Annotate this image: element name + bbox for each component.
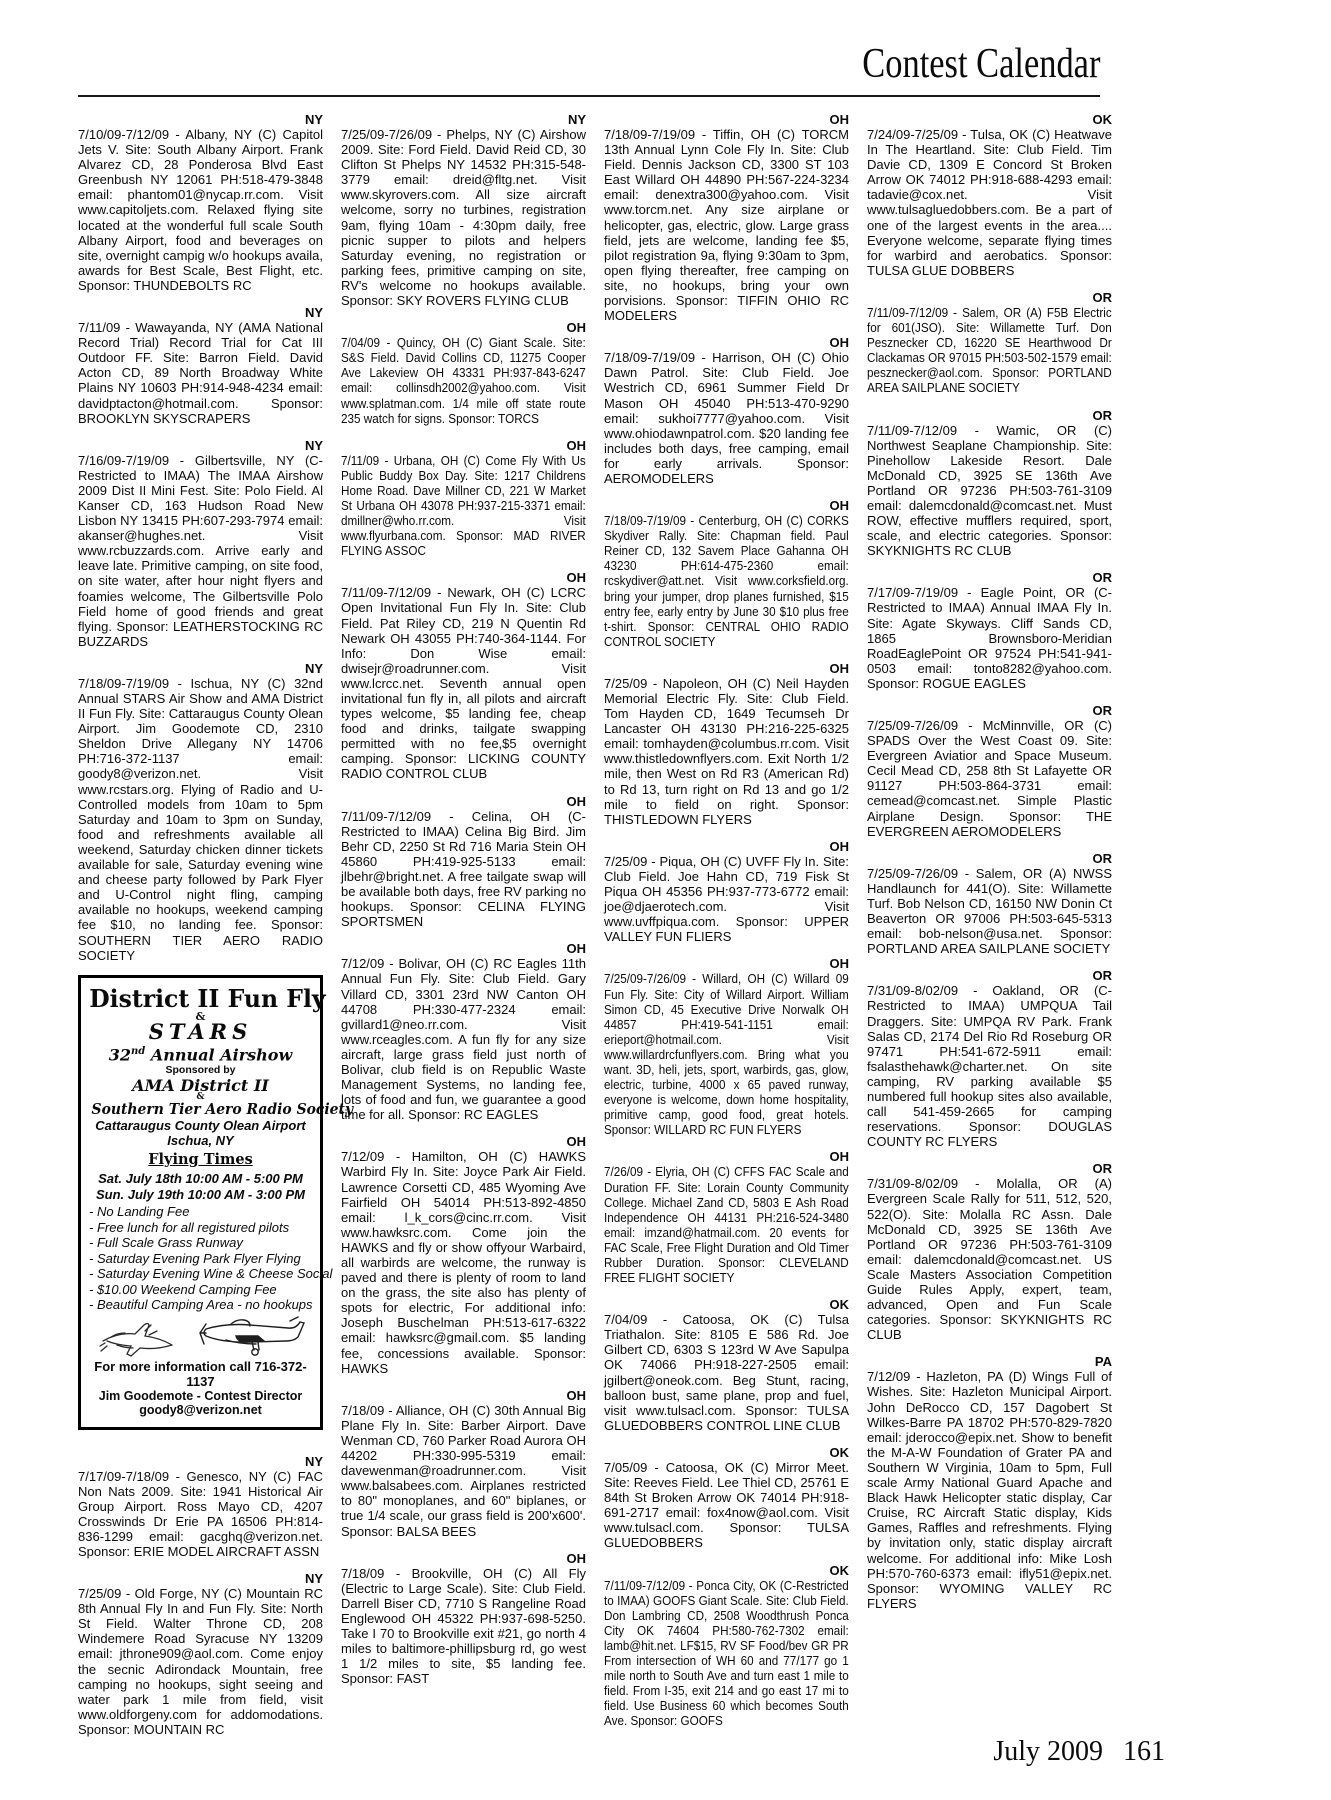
- magazine-page: Contest Calendar NY7/10/09-7/12/09 - Alb…: [0, 0, 1331, 1800]
- column-1-bottom: NY7/17/09-7/18/09 - Genesco, NY (C) FAC …: [78, 1454, 323, 1738]
- event-entry: 7/11/09 - Urbana, OH (C) Come Fly With U…: [341, 453, 586, 559]
- event-entry: 7/11/09-7/12/09 - Salem, OR (A) F5B Elec…: [867, 305, 1112, 396]
- ad-annual-number: 32: [109, 1045, 131, 1064]
- state-header: OR: [867, 570, 1112, 585]
- page-header: Contest Calendar: [78, 40, 1100, 88]
- ad-title: District II Fun Fly: [89, 986, 311, 1012]
- ad-feature-bullet: - Saturday Evening Park Flyer Flying: [89, 1251, 314, 1267]
- state-header: NY: [78, 1454, 323, 1469]
- footer-issue-date: July 2009: [993, 1736, 1103, 1767]
- ad-info-phone: For more information call 716-372-1137: [87, 1359, 314, 1389]
- ad-annual-text: Annual Airshow: [151, 1045, 292, 1064]
- state-header: OH: [341, 570, 586, 585]
- ad-flying-time: Sun. July 19th 10:00 AM - 3:00 PM: [87, 1187, 314, 1203]
- event-entry: 7/12/09 - Hamilton, OH (C) HAWKS Warbird…: [341, 1149, 586, 1375]
- event-entry: 7/24/09-7/25/09 - Tulsa, OK (C) Heatwave…: [867, 127, 1112, 278]
- column-1-top: NY7/10/09-7/12/09 - Albany, NY (C) Capit…: [78, 112, 323, 963]
- event-entry: 7/25/09-7/26/09 - Phelps, NY (C) Airshow…: [341, 127, 586, 308]
- state-header: OH: [341, 438, 586, 453]
- state-header: NY: [78, 1571, 323, 1586]
- district-ii-fun-fly-ad: District II Fun Fly & STARS 32nd Annual …: [78, 975, 323, 1430]
- ad-sponsor-society: Southern Tier Aero Radio Society: [92, 1101, 310, 1118]
- event-entry: 7/05/09 - Catoosa, OK (C) Mirror Meet. S…: [604, 1460, 849, 1551]
- calendar-columns: NY7/10/09-7/12/09 - Albany, NY (C) Capit…: [78, 112, 1112, 1749]
- column-4: OK7/24/09-7/25/09 - Tulsa, OK (C) Heatwa…: [867, 112, 1112, 1749]
- ad-flying-times: Sat. July 18th 10:00 AM - 5:00 PMSun. Ju…: [87, 1171, 314, 1202]
- ad-flying-times-heading: Flying Times: [87, 1150, 314, 1169]
- event-entry: 7/17/09-7/18/09 - Genesco, NY (C) FAC No…: [78, 1469, 323, 1560]
- state-header: PA: [867, 1354, 1112, 1369]
- ad-feature-bullet: - Saturday Evening Wine & Cheese Social: [89, 1266, 314, 1282]
- ad-stars-title: STARS: [87, 1021, 314, 1043]
- state-header: OK: [604, 1445, 849, 1460]
- state-header: NY: [78, 438, 323, 453]
- event-entry: 7/18/09-7/19/09 - Tiffin, OH (C) TORCM 1…: [604, 127, 849, 323]
- footer-page-number: 161: [1123, 1736, 1165, 1767]
- event-entry: 7/18/09 - Alliance, OH (C) 30th Annual B…: [341, 1403, 586, 1539]
- column-2: NY7/25/09-7/26/09 - Phelps, NY (C) Airsh…: [341, 112, 586, 1749]
- state-header: NY: [78, 112, 323, 127]
- event-entry: 7/25/09 - Napoleon, OH (C) Neil Hayden M…: [604, 676, 849, 827]
- ad-flying-time: Sat. July 18th 10:00 AM - 5:00 PM: [87, 1171, 314, 1187]
- state-header: OH: [604, 661, 849, 676]
- state-header: NY: [341, 112, 586, 127]
- event-entry: 7/04/09 - Quincy, OH (C) Giant Scale. Si…: [341, 335, 586, 426]
- event-entry: 7/18/09 - Brookville, OH (C) All Fly (El…: [341, 1566, 586, 1687]
- event-entry: 7/18/09-7/19/09 - Centerburg, OH (C) COR…: [604, 513, 849, 649]
- page-title: Contest Calendar: [862, 40, 1100, 88]
- event-entry: 7/11/09-7/12/09 - Newark, OH (C) LCRC Op…: [341, 585, 586, 781]
- ad-annual-airshow: 32nd Annual Airshow: [87, 1043, 314, 1064]
- ad-annual-ordinal: nd: [131, 1046, 145, 1057]
- event-entry: 7/10/09-7/12/09 - Albany, NY (C) Capitol…: [78, 127, 323, 293]
- column-3: OH7/18/09-7/19/09 - Tiffin, OH (C) TORCM…: [604, 112, 849, 1749]
- state-header: OR: [867, 408, 1112, 423]
- ad-feature-bullet: - $10.00 Weekend Camping Fee: [89, 1282, 314, 1298]
- event-entry: 7/25/09 - Old Forge, NY (C) Mountain RC …: [78, 1586, 323, 1737]
- state-header: OH: [341, 1134, 586, 1149]
- event-entry: 7/16/09-7/19/09 - Gilbertsville, NY (C-R…: [78, 453, 323, 649]
- ad-artwork-row: [87, 1313, 314, 1357]
- state-header: OH: [341, 1388, 586, 1403]
- ad-email: goody8@verizon.net: [87, 1403, 314, 1417]
- state-header: OH: [604, 956, 849, 971]
- event-entry: 7/11/09 - Wawayanda, NY (AMA National Re…: [78, 320, 323, 426]
- event-entry: 7/18/09-7/19/09 - Ischua, NY (C) 32nd An…: [78, 676, 323, 963]
- state-header: NY: [78, 305, 323, 320]
- state-header: OH: [604, 335, 849, 350]
- column-1: NY7/10/09-7/12/09 - Albany, NY (C) Capit…: [78, 112, 323, 1749]
- event-entry: 7/11/09-7/12/09 - Wamic, OR (C) Northwes…: [867, 423, 1112, 559]
- event-entry: 7/12/09 - Hazleton, PA (D) Wings Full of…: [867, 1369, 1112, 1611]
- state-header: NY: [78, 661, 323, 676]
- event-entry: 7/11/09-7/12/09 - Ponca City, OK (C-Rest…: [604, 1578, 849, 1729]
- state-header: OH: [604, 498, 849, 513]
- state-header: OR: [867, 703, 1112, 718]
- header-rule: [78, 95, 1100, 97]
- ad-feature-bullet: - Free lunch for all registured pilots: [89, 1220, 314, 1236]
- ad-venue: Cattaraugus County Olean Airport: [87, 1118, 314, 1133]
- state-header: OR: [867, 1161, 1112, 1176]
- state-header: OK: [604, 1297, 849, 1312]
- state-header: OH: [604, 112, 849, 127]
- state-header: OH: [604, 839, 849, 854]
- event-entry: 7/25/09-7/26/09 - McMinnville, OR (C) SP…: [867, 718, 1112, 839]
- event-entry: 7/04/09 - Catoosa, OK (C) Tulsa Triathal…: [604, 1312, 849, 1433]
- event-entry: 7/12/09 - Bolivar, OH (C) RC Eagles 11th…: [341, 956, 586, 1122]
- event-entry: 7/25/09-7/26/09 - Willard, OH (C) Willar…: [604, 971, 849, 1137]
- ad-location: Ischua, NY: [87, 1133, 314, 1148]
- state-header: OH: [341, 941, 586, 956]
- ad-feature-bullet: - Beautiful Camping Area - no hookups: [89, 1297, 314, 1313]
- ad-feature-bullet: - Full Scale Grass Runway: [89, 1235, 314, 1251]
- airplane-sketch-icon: [196, 1315, 308, 1357]
- ad-ampersand-2: &: [87, 1094, 314, 1101]
- state-header: OR: [867, 290, 1112, 305]
- state-header: OK: [604, 1563, 849, 1578]
- state-header: OR: [867, 968, 1112, 983]
- ad-feature-list: - No Landing Fee- Free lunch for all reg…: [87, 1204, 314, 1313]
- page-footer: July 2009161: [0, 1736, 1165, 1768]
- state-header: OR: [867, 851, 1112, 866]
- state-header: OK: [867, 112, 1112, 127]
- state-header: OH: [604, 1149, 849, 1164]
- state-header: OH: [341, 320, 586, 335]
- event-entry: 7/31/09-8/02/09 - Molalla, OR (A) Evergr…: [867, 1176, 1112, 1342]
- state-header: OH: [341, 794, 586, 809]
- airplane-doodle-icon: [97, 1317, 183, 1357]
- state-header: OH: [341, 1551, 586, 1566]
- event-entry: 7/25/09 - Piqua, OH (C) UVFF Fly In. Sit…: [604, 854, 849, 945]
- event-entry: 7/18/09-7/19/09 - Harrison, OH (C) Ohio …: [604, 350, 849, 486]
- event-entry: 7/26/09 - Elyria, OH (C) CFFS FAC Scale …: [604, 1164, 849, 1285]
- ad-contest-director: Jim Goodemote - Contest Director: [87, 1389, 314, 1403]
- ad-feature-bullet: - No Landing Fee: [89, 1204, 314, 1220]
- event-entry: 7/17/09-7/19/09 - Eagle Point, OR (C-Res…: [867, 585, 1112, 691]
- event-entry: 7/25/09-7/26/09 - Salem, OR (A) NWSS Han…: [867, 866, 1112, 957]
- event-entry: 7/31/09-8/02/09 - Oakland, OR (C-Restric…: [867, 983, 1112, 1149]
- event-entry: 7/11/09-7/12/09 - Celina, OH (C-Restrict…: [341, 809, 586, 930]
